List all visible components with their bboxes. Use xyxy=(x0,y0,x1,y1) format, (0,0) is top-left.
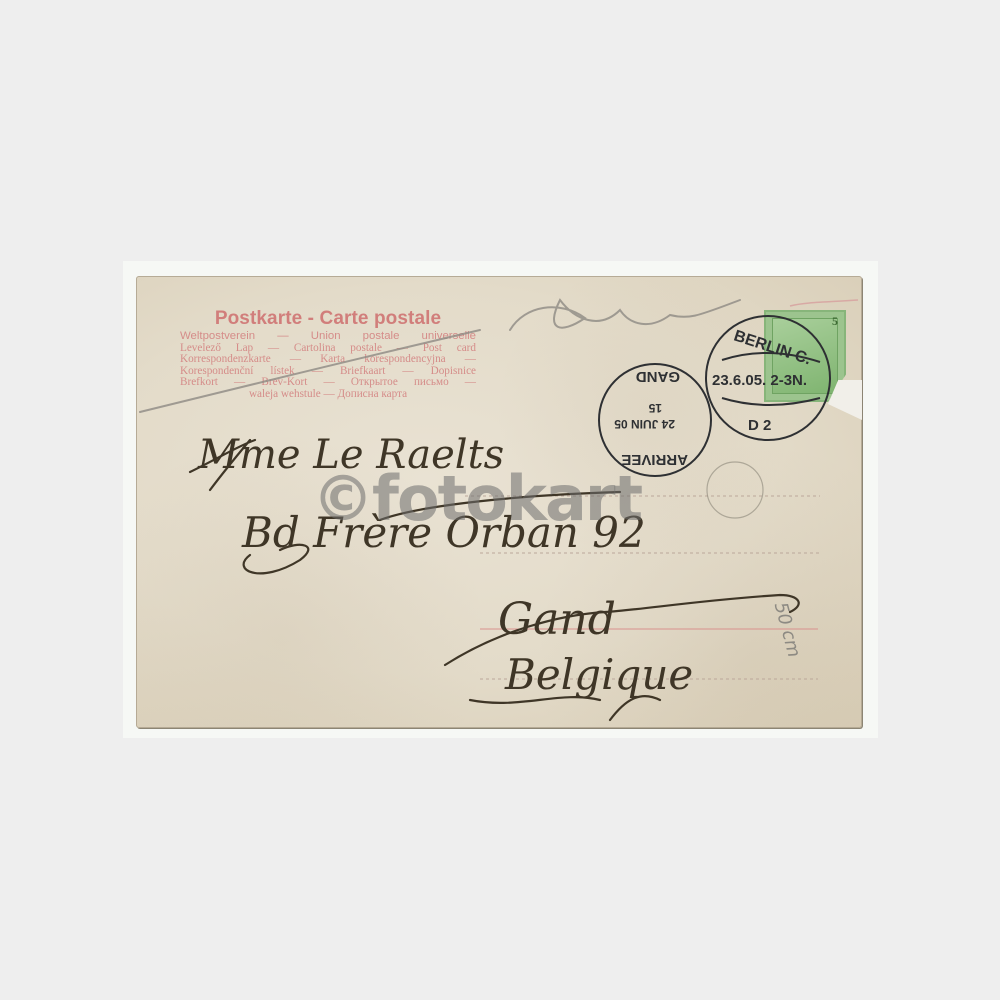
address-line-4: Belgique xyxy=(505,650,693,699)
address-line-3: Gand xyxy=(498,594,616,645)
germania-stamp-icon xyxy=(772,318,838,394)
watermark: ©fotokart xyxy=(312,462,641,535)
postage-stamp: 5 xyxy=(764,310,846,402)
postcard-header: Postkarte - Carte postale Weltpostverein… xyxy=(180,308,476,401)
stamp-value: 5 xyxy=(832,314,838,329)
postcard-title: Postkarte - Carte postale xyxy=(180,308,476,330)
header-line: waleja wehstule — Дописна карта xyxy=(180,389,476,401)
header-line: Weltpostverein — Union postale universel… xyxy=(180,331,476,343)
